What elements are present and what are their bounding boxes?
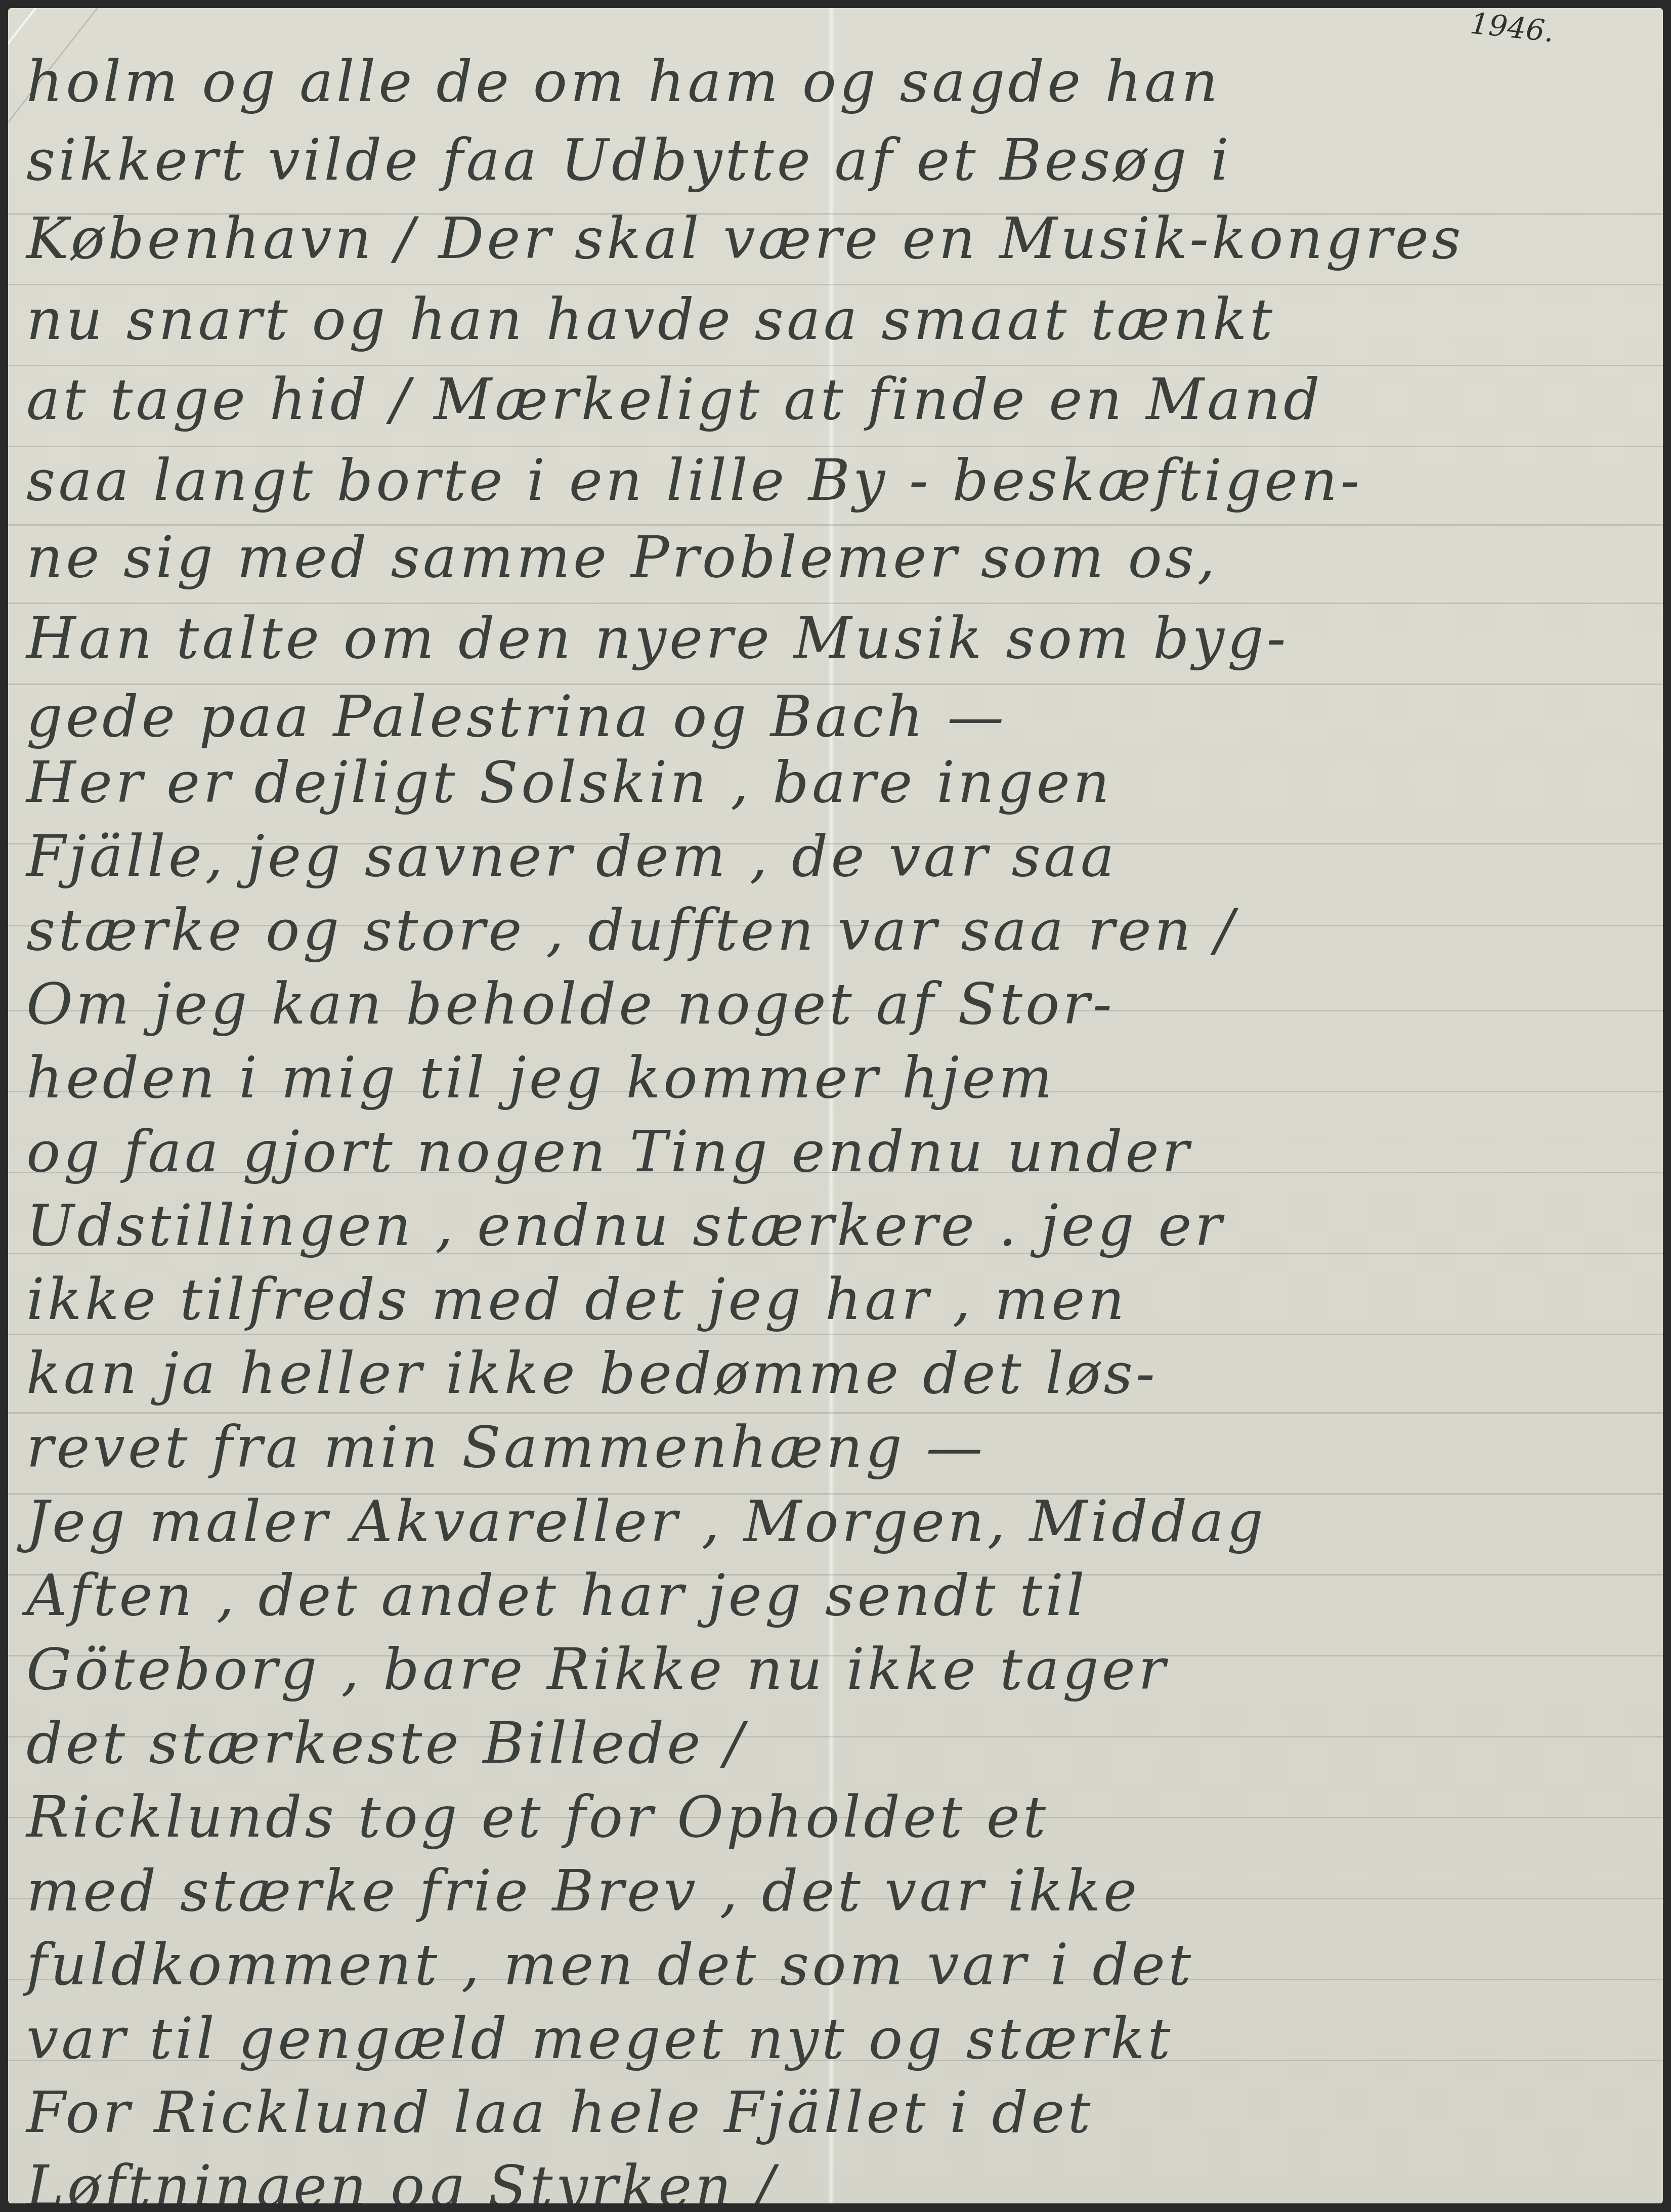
text-line: Om jeg kan beholde noget af Stor- bbox=[26, 976, 1655, 1033]
text-line: Ricklunds tog et for Opholdet et bbox=[26, 1789, 1655, 1846]
ruled-line bbox=[8, 365, 1663, 366]
text-line: saa langt borte i en lille By - beskæfti… bbox=[26, 452, 1655, 509]
text-line: Her er dejligt Solskin , bare ingen bbox=[26, 754, 1655, 811]
text-line: stærke og store , dufften var saa ren / bbox=[26, 902, 1655, 959]
text-line: det stærkeste Billede / bbox=[26, 1715, 1655, 1772]
text-line: holm og alle de om ham og sagde han bbox=[26, 54, 1655, 110]
date-note: 1946. bbox=[1469, 8, 1556, 49]
ruled-line bbox=[8, 446, 1663, 447]
text-line: nu snart og han havde saa smaat tænkt bbox=[26, 291, 1655, 348]
text-line: gede paa Palestrina og Bach — bbox=[26, 689, 1655, 745]
text-line: ne sig med samme Problemer som os, bbox=[26, 529, 1655, 586]
text-line: revet fra min Sammenhæng — bbox=[26, 1419, 1655, 1476]
text-line: sikkert vilde faa Udbytte af et Besøg i bbox=[26, 132, 1655, 189]
text-line: Aften , det andet har jeg sendt til bbox=[26, 1567, 1655, 1624]
letter-page: 1946. holm og alle de om ham og sagde ha… bbox=[8, 8, 1663, 2203]
text-line: fuldkomment , men det som var i det bbox=[26, 1937, 1655, 1993]
text-line: København / Der skal være en Musik-kongr… bbox=[26, 210, 1655, 267]
text-line: ikke tilfreds med det jeg har , men bbox=[26, 1271, 1655, 1328]
text-line: at tage hid / Mærkeligt at finde en Mand bbox=[26, 371, 1655, 428]
ruled-line bbox=[8, 603, 1663, 604]
ruled-line bbox=[8, 284, 1663, 285]
ruled-line bbox=[8, 1334, 1663, 1335]
text-line: Göteborg , bare Rikke nu ikke tager bbox=[26, 1641, 1655, 1698]
text-line: var til gengæld meget nyt og stærkt bbox=[26, 2011, 1655, 2067]
text-line: Løftningen og Styrken / bbox=[26, 2158, 1655, 2203]
text-line: med stærke frie Brev , det var ikke bbox=[26, 1863, 1655, 1920]
text-line: Fjälle, jeg savner dem , de var saa bbox=[26, 828, 1655, 885]
text-line: heden i mig til jeg kommer hjem bbox=[26, 1050, 1655, 1107]
ruled-line bbox=[8, 1412, 1663, 1414]
text-line: Jeg maler Akvareller , Morgen, Middag bbox=[26, 1494, 1655, 1550]
text-line: Han talte om den nyere Musik som byg- bbox=[26, 610, 1655, 667]
text-line: kan ja heller ikke bedømme det løs- bbox=[26, 1345, 1655, 1402]
text-line: Udstillingen , endnu stærkere . jeg er bbox=[26, 1198, 1655, 1254]
text-line: For Ricklund laa hele Fjället i det bbox=[26, 2085, 1655, 2141]
text-line: og faa gjort nogen Ting endnu under bbox=[26, 1124, 1655, 1180]
